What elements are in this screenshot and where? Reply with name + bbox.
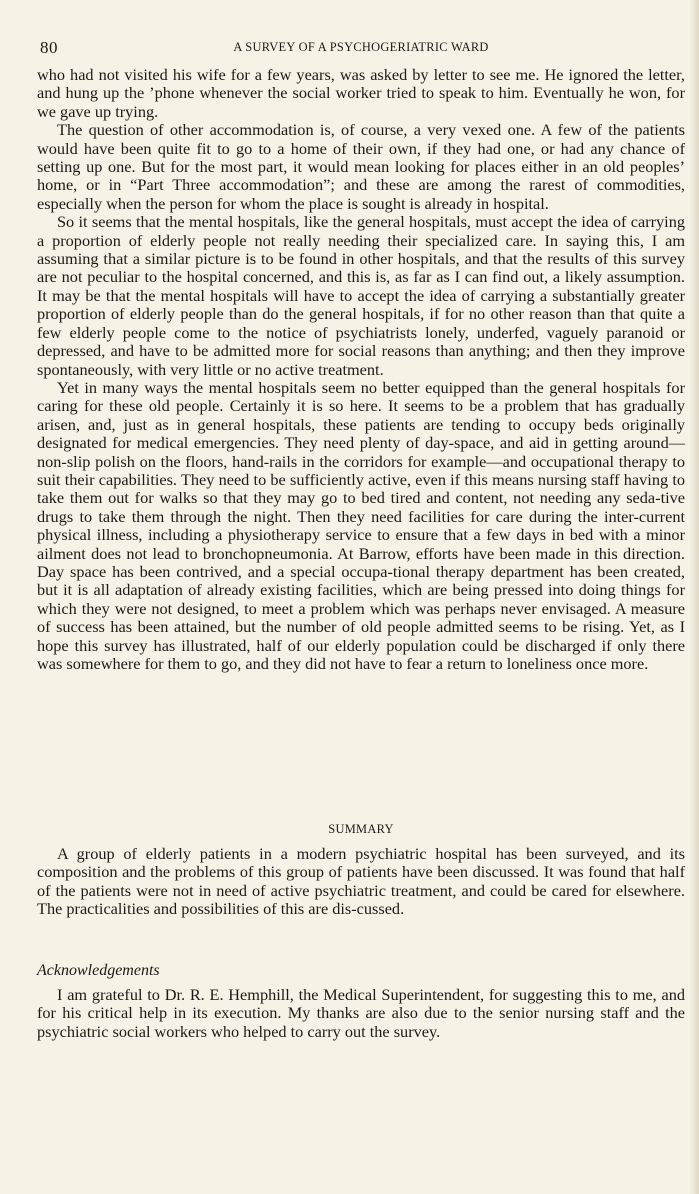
summary-paragraph: A group of elderly patients in a modern … — [37, 845, 685, 919]
paragraph-equipment: Yet in many ways the mental hospitals se… — [37, 379, 685, 674]
running-title: A SURVEY OF A PSYCHOGERIATRIC WARD — [37, 40, 685, 55]
summary-heading: SUMMARY — [37, 822, 685, 837]
paragraph-continuation: who had not visited his wife for a few y… — [37, 66, 685, 121]
acknowledgements-paragraph: I am grateful to Dr. R. E. Hemphill, the… — [37, 986, 685, 1041]
running-header: 80 A SURVEY OF A PSYCHOGERIATRIC WARD — [37, 38, 685, 58]
paragraph-mental-hospitals: So it seems that the mental hospitals, l… — [37, 213, 685, 379]
page-edge-shadow — [689, 0, 699, 1194]
body-text: who had not visited his wife for a few y… — [37, 66, 685, 673]
paragraph-accommodation: The question of other accommodation is, … — [37, 121, 685, 213]
summary-section: A group of elderly patients in a modern … — [37, 845, 685, 919]
acknowledgements-heading: Acknowledgements — [37, 962, 160, 980]
acknowledgements-section: I am grateful to Dr. R. E. Hemphill, the… — [37, 986, 685, 1041]
